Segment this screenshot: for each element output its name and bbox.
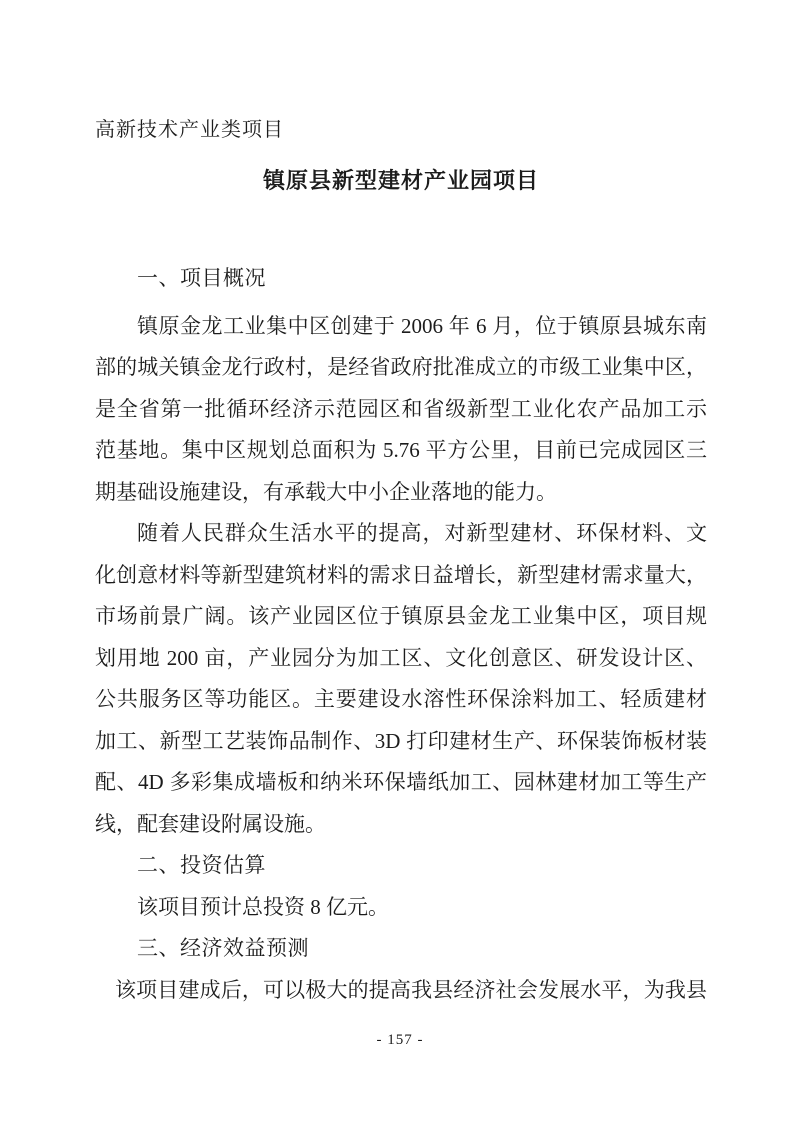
body-line: 该项目建成后，可以极大的提高我县经济社会发展水平，为我县: [95, 970, 707, 1012]
body-line: 该项目预计总投资 8 亿元。: [95, 887, 707, 929]
body-line: 配、4D 多彩集成墙板和纳米环保墙纸加工、园林建材加工等生产: [95, 762, 707, 804]
category-heading: 高新技术产业类项目: [95, 116, 707, 144]
body-line: 是全省第一批循环经济示范园区和省级新型工业化农产品加工示: [95, 389, 707, 431]
body-line: 范基地。集中区规划总面积为 5.76 平方公里，目前已完成园区三: [95, 430, 707, 472]
document-page: 高新技术产业类项目 镇原县新型建材产业园项目 一、项目概况 镇原金龙工业集中区创…: [0, 0, 800, 1131]
body-line: 加工、新型工艺装饰品制作、3D 打印建材生产、环保装饰板材装: [95, 721, 707, 763]
doc-title: 镇原县新型建材产业园项目: [95, 166, 707, 196]
page-number: - 157 -: [0, 1030, 800, 1050]
body-line: 线，配套建设附属设施。: [95, 804, 707, 846]
body-line: 镇原金龙工业集中区创建于 2006 年 6 月，位于镇原县城东南: [95, 306, 707, 348]
body-line: 部的城关镇金龙行政村，是经省政府批准成立的市级工业集中区，: [95, 347, 707, 389]
section-heading-2: 二、投资估算: [95, 845, 707, 887]
body-line: 期基础设施建设，有承载大中小企业落地的能力。: [95, 472, 707, 514]
body-line: 市场前景广阔。该产业园区位于镇原县金龙工业集中区，项目规: [95, 596, 707, 638]
section-heading-1: 一、项目概况: [95, 258, 707, 300]
body-line: 划用地 200 亩，产业园分为加工区、文化创意区、研发设计区、: [95, 638, 707, 680]
section-heading-3: 三、经济效益预测: [95, 928, 707, 970]
page-content: 高新技术产业类项目 镇原县新型建材产业园项目 一、项目概况 镇原金龙工业集中区创…: [95, 116, 707, 1011]
body-line: 化创意材料等新型建筑材料的需求日益增长，新型建材需求量大，: [95, 555, 707, 597]
body-line: 随着人民群众生活水平的提高，对新型建材、环保材料、文: [95, 513, 707, 555]
title-spacer: [95, 196, 707, 258]
body-line: 公共服务区等功能区。主要建设水溶性环保涂料加工、轻质建材: [95, 679, 707, 721]
